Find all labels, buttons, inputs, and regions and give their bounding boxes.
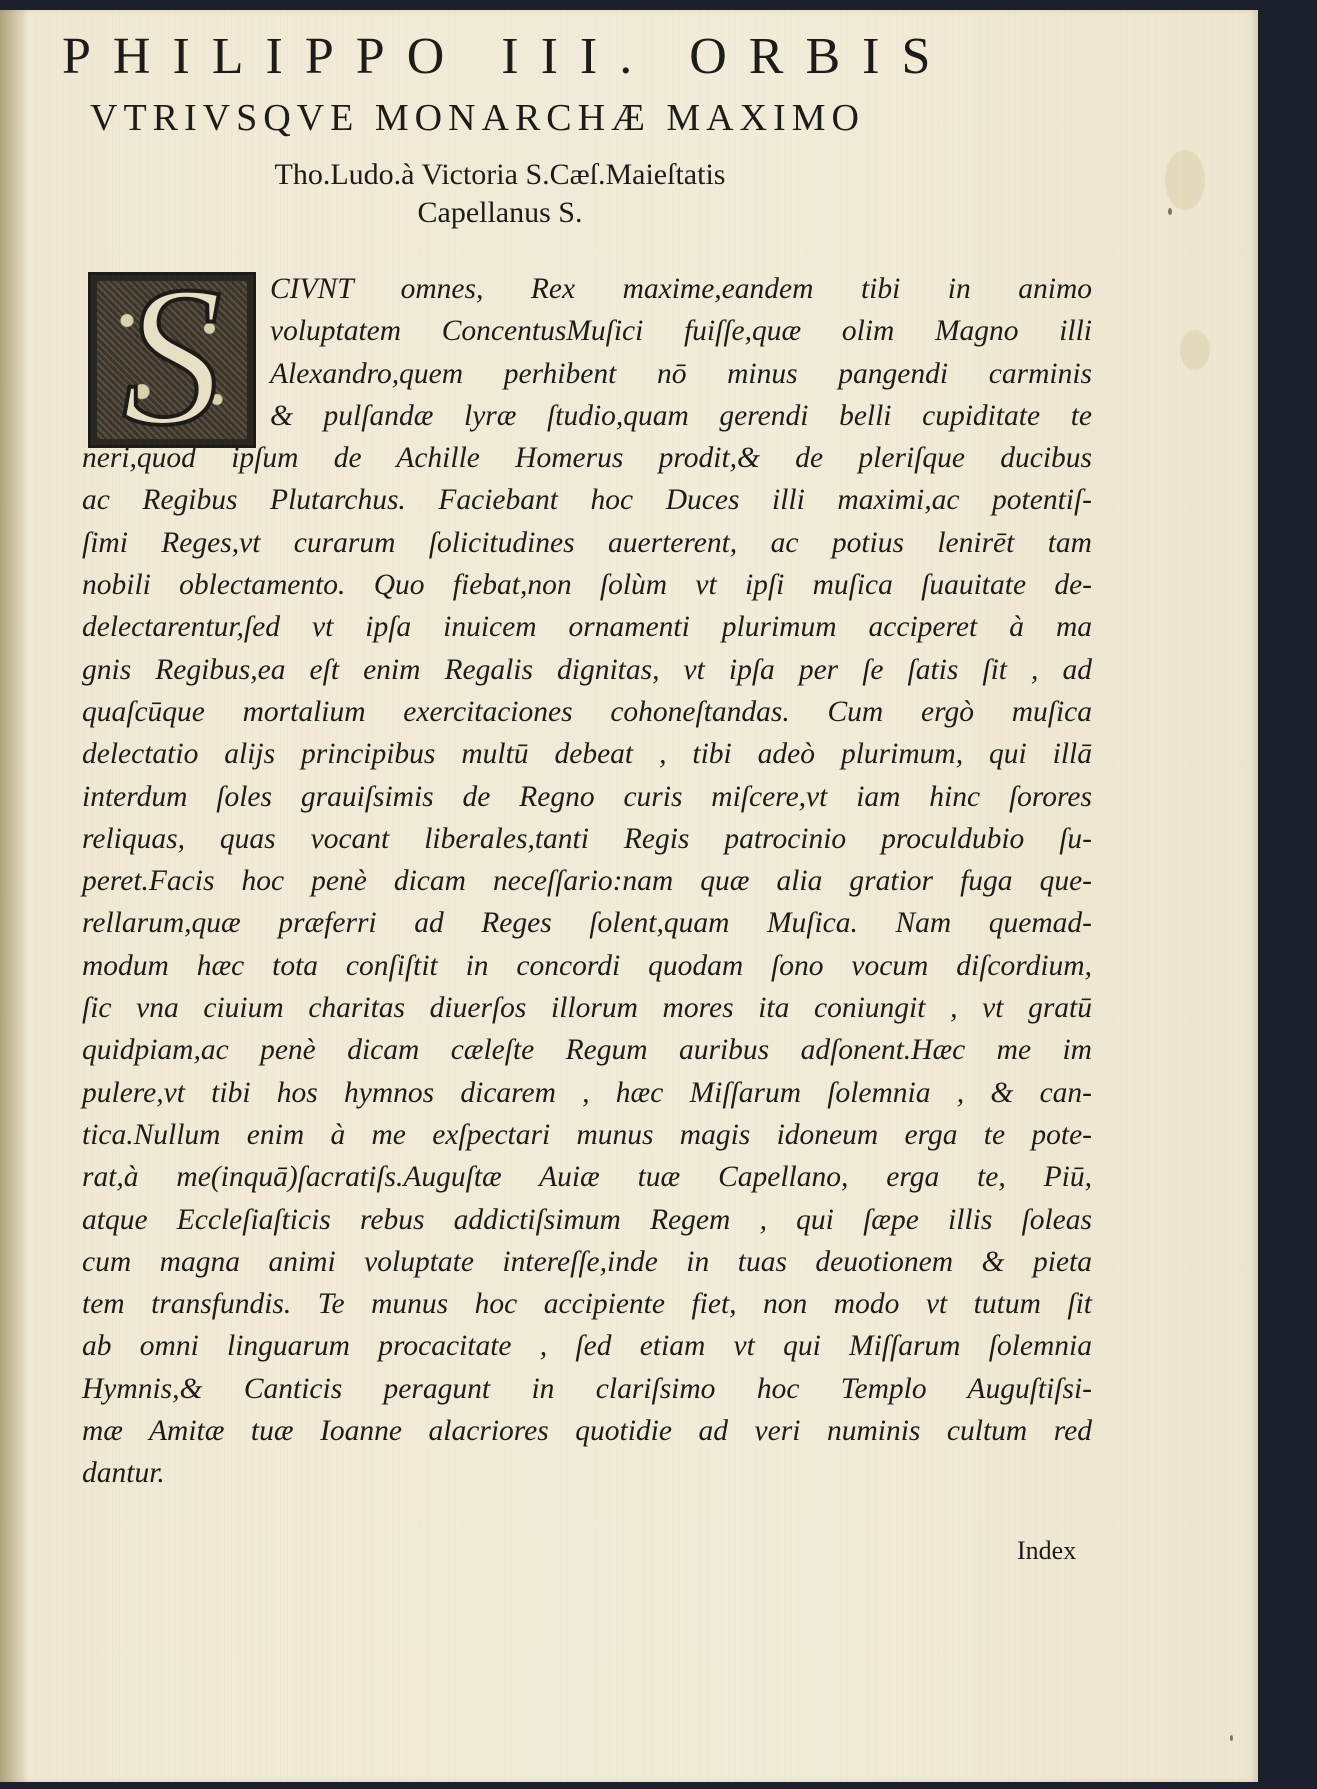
text-line: reliquas, quas vocant liberales,tanti Re…: [82, 818, 1092, 860]
text-line: quidpiam,ac penè dicam cæleſte Regum aur…: [82, 1029, 1092, 1071]
text-line: tica.Nullum enim à me exſpectari munus m…: [82, 1114, 1092, 1156]
paper-speck: [1230, 1735, 1233, 1741]
text-line: peret.Facis hoc penè dicam neceſſario:na…: [82, 860, 1092, 902]
text-line: ſimi Reges,vt curarum ſolicitudines auer…: [82, 522, 1092, 564]
text-line: ab omni linguarum procacitate , ſed etia…: [82, 1325, 1092, 1367]
text-line: delectarentur,ſed vt ipſa inuicem orname…: [82, 606, 1092, 648]
paper-stain: [1165, 150, 1205, 210]
text-line: delectatio alijs principibus multū debea…: [82, 733, 1092, 775]
text-line: Alexandro,quem perhibent nō minus pangen…: [82, 353, 1092, 395]
text-line: ſic vna ciuium charitas diuerſos illorum…: [82, 987, 1092, 1029]
text-line: atque Eccleſiaſticis rebus addictiſsimum…: [82, 1199, 1092, 1241]
text-line: mæ Amitæ tuæ Ioanne alacriores quotidie …: [82, 1410, 1092, 1452]
text-line: Hymnis,& Canticis peragunt in clariſsimo…: [82, 1368, 1092, 1410]
text-line: neri,quod ipſum de Achille Homerus prodi…: [82, 437, 1092, 479]
text-line: modum hæc tota conſiſtit in concordi quo…: [82, 945, 1092, 987]
title-line-2: VTRIVSQVE MONARCHÆ MAXIMO: [90, 90, 865, 146]
dedication-body: CIVNT omnes, Rex maxime,eandem tibi in a…: [82, 268, 1092, 1495]
book-page: PHILIPPO III. ORBIS VTRIVSQVE MONARCHÆ M…: [0, 10, 1258, 1782]
text-line: voluptatem ConcentusMuſici fuiſſe,quæ ol…: [82, 310, 1092, 352]
text-line: rat,à me(inquā)ſacratiſs.Auguſtæ Auiæ tu…: [82, 1156, 1092, 1198]
title-line-1: PHILIPPO III. ORBIS: [62, 22, 952, 92]
text-line: pulere,vt tibi hos hymnos dicarem , hæc …: [82, 1072, 1092, 1114]
catchword: Index: [1017, 1536, 1076, 1566]
author-line: Tho.Ludo.à Victoria S.Cæſ.Maieſtatis: [0, 155, 1000, 195]
text-line: nobili oblectamento. Quo fiebat,non ſolù…: [82, 564, 1092, 606]
text-line: gnis Regibus,ea eſt enim Regalis dignita…: [82, 649, 1092, 691]
text-line: interdum ſoles grauiſsimis de Regno curi…: [82, 776, 1092, 818]
text-line: cum magna animi voluptate intereſſe,inde…: [82, 1241, 1092, 1283]
text-line: tem transfundis. Te munus hoc accipiente…: [82, 1283, 1092, 1325]
text-line: rellarum,quæ præferri ad Reges ſolent,qu…: [82, 902, 1092, 944]
text-line: ac Regibus Plutarchus. Faciebant hoc Duc…: [82, 479, 1092, 521]
author-title-line: Capellanus S.: [0, 193, 1000, 233]
paper-speck: [1168, 208, 1172, 215]
paper-stain: [1180, 330, 1210, 370]
text-line: CIVNT omnes, Rex maxime,eandem tibi in a…: [82, 268, 1092, 310]
text-line: quaſcūque mortalium exercitaciones cohon…: [82, 691, 1092, 733]
text-line: & pulſandæ lyræ ſtudio,quam gerendi bell…: [82, 395, 1092, 437]
scan-background: PHILIPPO III. ORBIS VTRIVSQVE MONARCHÆ M…: [0, 0, 1317, 1789]
text-line-final: dantur.: [82, 1452, 1092, 1494]
